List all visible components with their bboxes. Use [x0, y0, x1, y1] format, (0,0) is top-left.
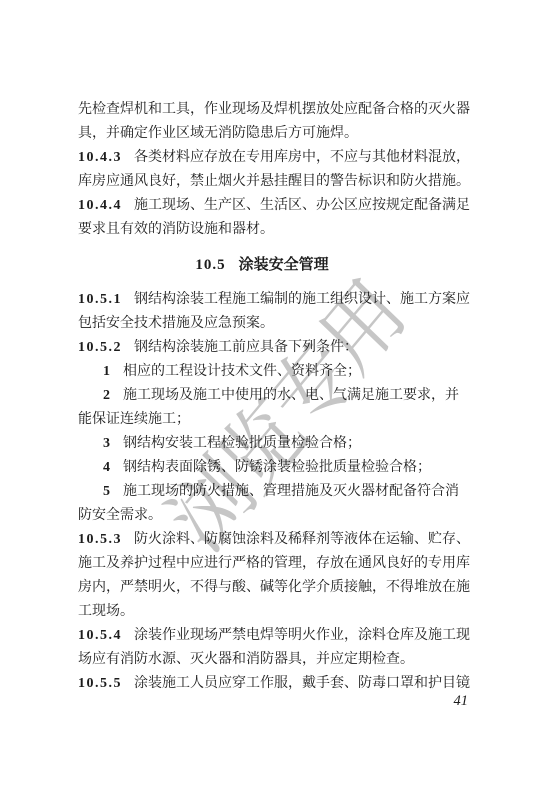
document-page: 浏览专用 先检查焊机和工具，作业现场及焊机摆放处应配备合格的灭火器具，并确定作业…	[0, 0, 551, 790]
text-line: 5施工现场的防火措施、管理措施及灭火器材配备符合消	[78, 480, 474, 504]
item-number: 4	[103, 460, 110, 475]
text-line: 能保证连续施工；	[78, 408, 474, 432]
line-text: 施工现场及施工中使用的水、电、气满足施工要求，并	[123, 388, 459, 403]
text-line: 10.5.5涂装施工人员应穿工作服，戴手套、防毒口罩和护目镜	[78, 672, 474, 696]
text-line: 10.4.4施工现场、生产区、生活区、办公区应按规定配备满足	[78, 194, 474, 218]
item-number: 5	[103, 484, 110, 499]
clause-number: 10.5.2	[78, 340, 122, 355]
text-line: 施工及养护过程中应进行严格的管理，存放在通风良好的专用库	[78, 552, 474, 576]
text-line: 4钢结构表面除锈、防锈涂装检验批质量检验合格；	[78, 456, 474, 480]
line-text: 钢结构表面除锈、防锈涂装检验批质量检验合格；	[123, 460, 431, 475]
line-text: 库房应通风良好，禁止烟火并悬挂醒目的警告标识和防火措施。	[78, 174, 470, 189]
line-text: 防火涂料、防腐蚀涂料及稀释剂等液体在运输、贮存、	[134, 532, 470, 547]
text-line: 房内，严禁明火，不得与酸、碱等化学介质接触，不得堆放在施	[78, 576, 474, 600]
line-text: 各类材料应存放在专用库房中，不应与其他材料混放，	[134, 150, 470, 165]
line-text: 能保证连续施工；	[78, 412, 190, 427]
clause-number: 10.5.1	[78, 292, 122, 307]
item-number: 2	[103, 388, 110, 403]
clause-number: 10.4.3	[78, 150, 122, 165]
text-line: 2施工现场及施工中使用的水、电、气满足施工要求，并	[78, 384, 474, 408]
text-line: 场应有消防水源、灭火器和消防器具，并应定期检查。	[78, 648, 474, 672]
line-text: 钢结构涂装施工前应具备下列条件：	[134, 340, 358, 355]
clause-number: 10.5	[195, 257, 225, 273]
line-text: 先检查焊机和工具，作业现场及焊机摆放处应配备合格的灭火器	[78, 102, 470, 117]
line-text: 施工现场、生产区、生活区、办公区应按规定配备满足	[134, 198, 470, 213]
text-line: 防安全需求。	[78, 504, 474, 528]
clause-number: 10.4.4	[78, 198, 122, 213]
line-text: 相应的工程设计技术文件、资料齐全；	[123, 364, 361, 379]
section-heading: 10.5涂装安全管理	[78, 253, 446, 277]
line-text: 钢结构安装工程检验批质量检验合格；	[123, 436, 361, 451]
text-line: 要求且有效的消防设施和器材。	[78, 218, 474, 242]
line-text: 施工及养护过程中应进行严格的管理，存放在通风良好的专用库	[78, 556, 470, 571]
text-line: 10.5.3防火涂料、防腐蚀涂料及稀释剂等液体在运输、贮存、	[78, 528, 474, 552]
clause-number: 10.5.5	[78, 676, 122, 691]
line-text: 涂装作业现场严禁电焊等明火作业，涂料仓库及施工现	[134, 628, 470, 643]
item-number: 1	[103, 364, 110, 379]
text-line: 先检查焊机和工具，作业现场及焊机摆放处应配备合格的灭火器	[78, 98, 474, 122]
text-line: 10.5.4涂装作业现场严禁电焊等明火作业，涂料仓库及施工现	[78, 624, 474, 648]
line-text: 包括安全技术措施及应急预案。	[78, 316, 274, 331]
line-text: 涂装安全管理	[239, 256, 329, 273]
text-line: 库房应通风良好，禁止烟火并悬挂醒目的警告标识和防火措施。	[78, 170, 474, 194]
clause-number: 10.5.4	[78, 628, 122, 643]
line-text: 房内，严禁明火，不得与酸、碱等化学介质接触，不得堆放在施	[78, 580, 470, 595]
item-number: 3	[103, 436, 110, 451]
text-line: 10.5.2钢结构涂装施工前应具备下列条件：	[78, 336, 474, 360]
line-text: 施工现场的防火措施、管理措施及灭火器材配备符合消	[123, 484, 459, 499]
text-line: 3钢结构安装工程检验批质量检验合格；	[78, 432, 474, 456]
line-text: 具，并确定作业区域无消防隐患后方可施焊。	[78, 126, 358, 141]
line-text: 场应有消防水源、灭火器和消防器具，并应定期检查。	[78, 652, 414, 667]
text-line: 10.4.3各类材料应存放在专用库房中，不应与其他材料混放，	[78, 146, 474, 170]
text-line: 工现场。	[78, 600, 474, 624]
clause-number: 10.5.3	[78, 532, 122, 547]
text-line: 包括安全技术措施及应急预案。	[78, 312, 474, 336]
line-text: 钢结构涂装工程施工编制的施工组织设计、施工方案应	[134, 292, 470, 307]
text-line: 10.5.1钢结构涂装工程施工编制的施工组织设计、施工方案应	[78, 288, 474, 312]
line-text: 工现场。	[78, 604, 134, 619]
line-text: 要求且有效的消防设施和器材。	[78, 222, 274, 237]
text-line: 具，并确定作业区域无消防隐患后方可施焊。	[78, 122, 474, 146]
page-number: 41	[454, 692, 469, 710]
line-text: 防安全需求。	[78, 508, 162, 523]
text-line: 1相应的工程设计技术文件、资料齐全；	[78, 360, 474, 384]
line-text: 涂装施工人员应穿工作服，戴手套、防毒口罩和护目镜	[134, 676, 470, 691]
document-body: 先检查焊机和工具，作业现场及焊机摆放处应配备合格的灭火器具，并确定作业区域无消防…	[78, 98, 474, 696]
